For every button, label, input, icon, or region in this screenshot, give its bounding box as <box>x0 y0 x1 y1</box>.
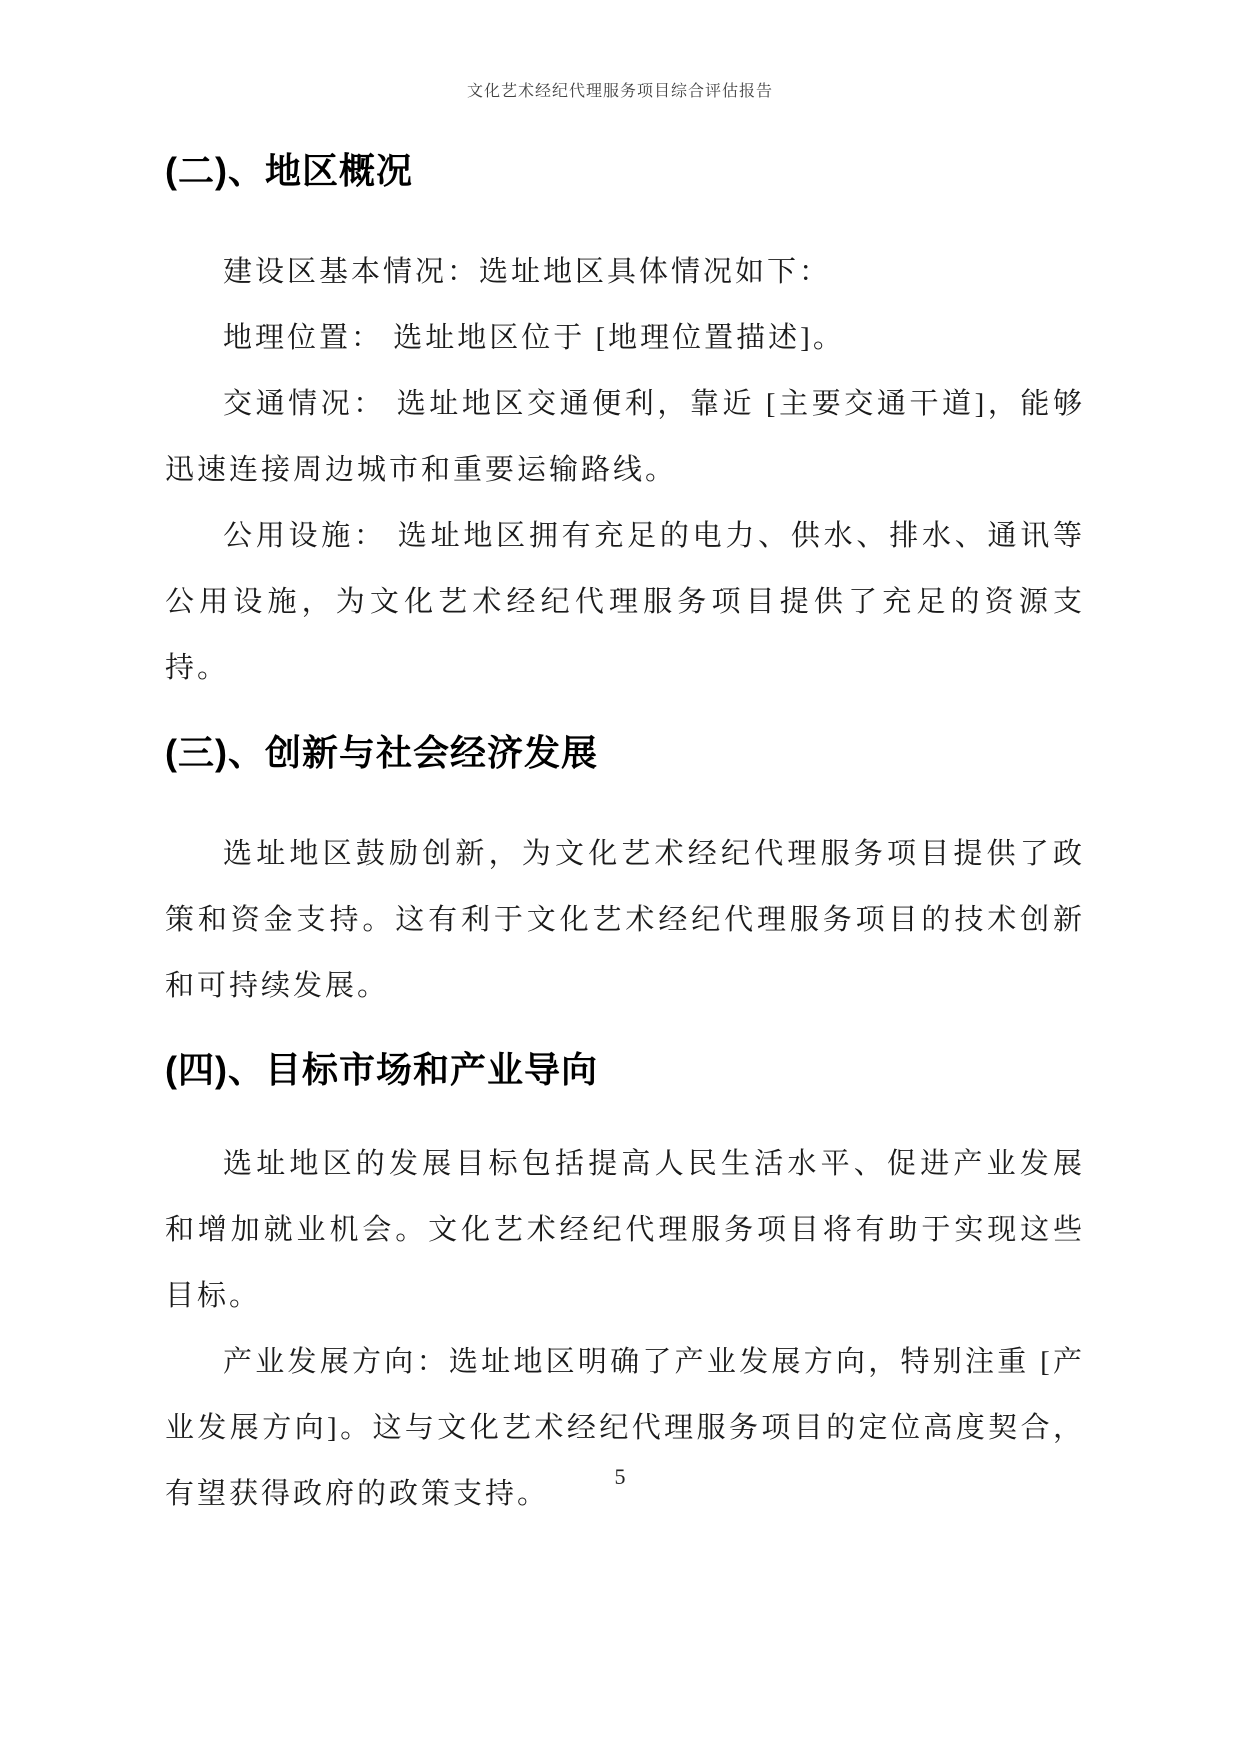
paragraph-basic-situation: 建设区基本情况：选址地区具体情况如下： <box>165 239 1085 305</box>
page-footer: 5 <box>0 1462 1240 1492</box>
paragraph-traffic-conditions: 交通情况： 选址地区交通便利，靠近 [主要交通干道]，能够迅速连接周边城市和重要… <box>165 371 1085 503</box>
section-paragraphs: 选址地区鼓励创新，为文化艺术经纪代理服务项目提供了政策和资金支持。这有利于文化艺… <box>165 821 1085 1019</box>
section-target-market: (四)、目标市场和产业导向 选址地区的发展目标包括提高人民生活水平、促进产业发展… <box>165 1047 1085 1527</box>
section-innovation-economy: (三)、创新与社会经济发展 选址地区鼓励创新，为文化艺术经纪代理服务项目提供了政… <box>165 730 1085 1019</box>
document-body: (二)、地区概况 建设区基本情况：选址地区具体情况如下： 地理位置： 选址地区位… <box>165 0 1085 1527</box>
paragraph-geographic-location: 地理位置： 选址地区位于 [地理位置描述]。 <box>165 305 1085 371</box>
page-number: 5 <box>615 1464 626 1489</box>
section-heading-region-overview: (二)、地区概况 <box>165 148 1085 194</box>
section-heading-target-market: (四)、目标市场和产业导向 <box>165 1047 1085 1093</box>
paragraph-public-facilities: 公用设施： 选址地区拥有充足的电力、供水、排水、通讯等公用设施，为文化艺术经纪代… <box>165 503 1085 701</box>
section-region-overview: (二)、地区概况 建设区基本情况：选址地区具体情况如下： 地理位置： 选址地区位… <box>165 148 1085 701</box>
document-page: 文化艺术经纪代理服务项目综合评估报告 (二)、地区概况 建设区基本情况：选址地区… <box>0 0 1240 1753</box>
section-heading-innovation-economy: (三)、创新与社会经济发展 <box>165 730 1085 776</box>
paragraph-industry-direction: 产业发展方向：选址地区明确了产业发展方向，特别注重 [产业发展方向]。这与文化艺… <box>165 1329 1085 1527</box>
paragraph-innovation-support: 选址地区鼓励创新，为文化艺术经纪代理服务项目提供了政策和资金支持。这有利于文化艺… <box>165 821 1085 1019</box>
section-paragraphs: 建设区基本情况：选址地区具体情况如下： 地理位置： 选址地区位于 [地理位置描述… <box>165 239 1085 701</box>
paragraph-development-goals: 选址地区的发展目标包括提高人民生活水平、促进产业发展和增加就业机会。文化艺术经纪… <box>165 1131 1085 1329</box>
